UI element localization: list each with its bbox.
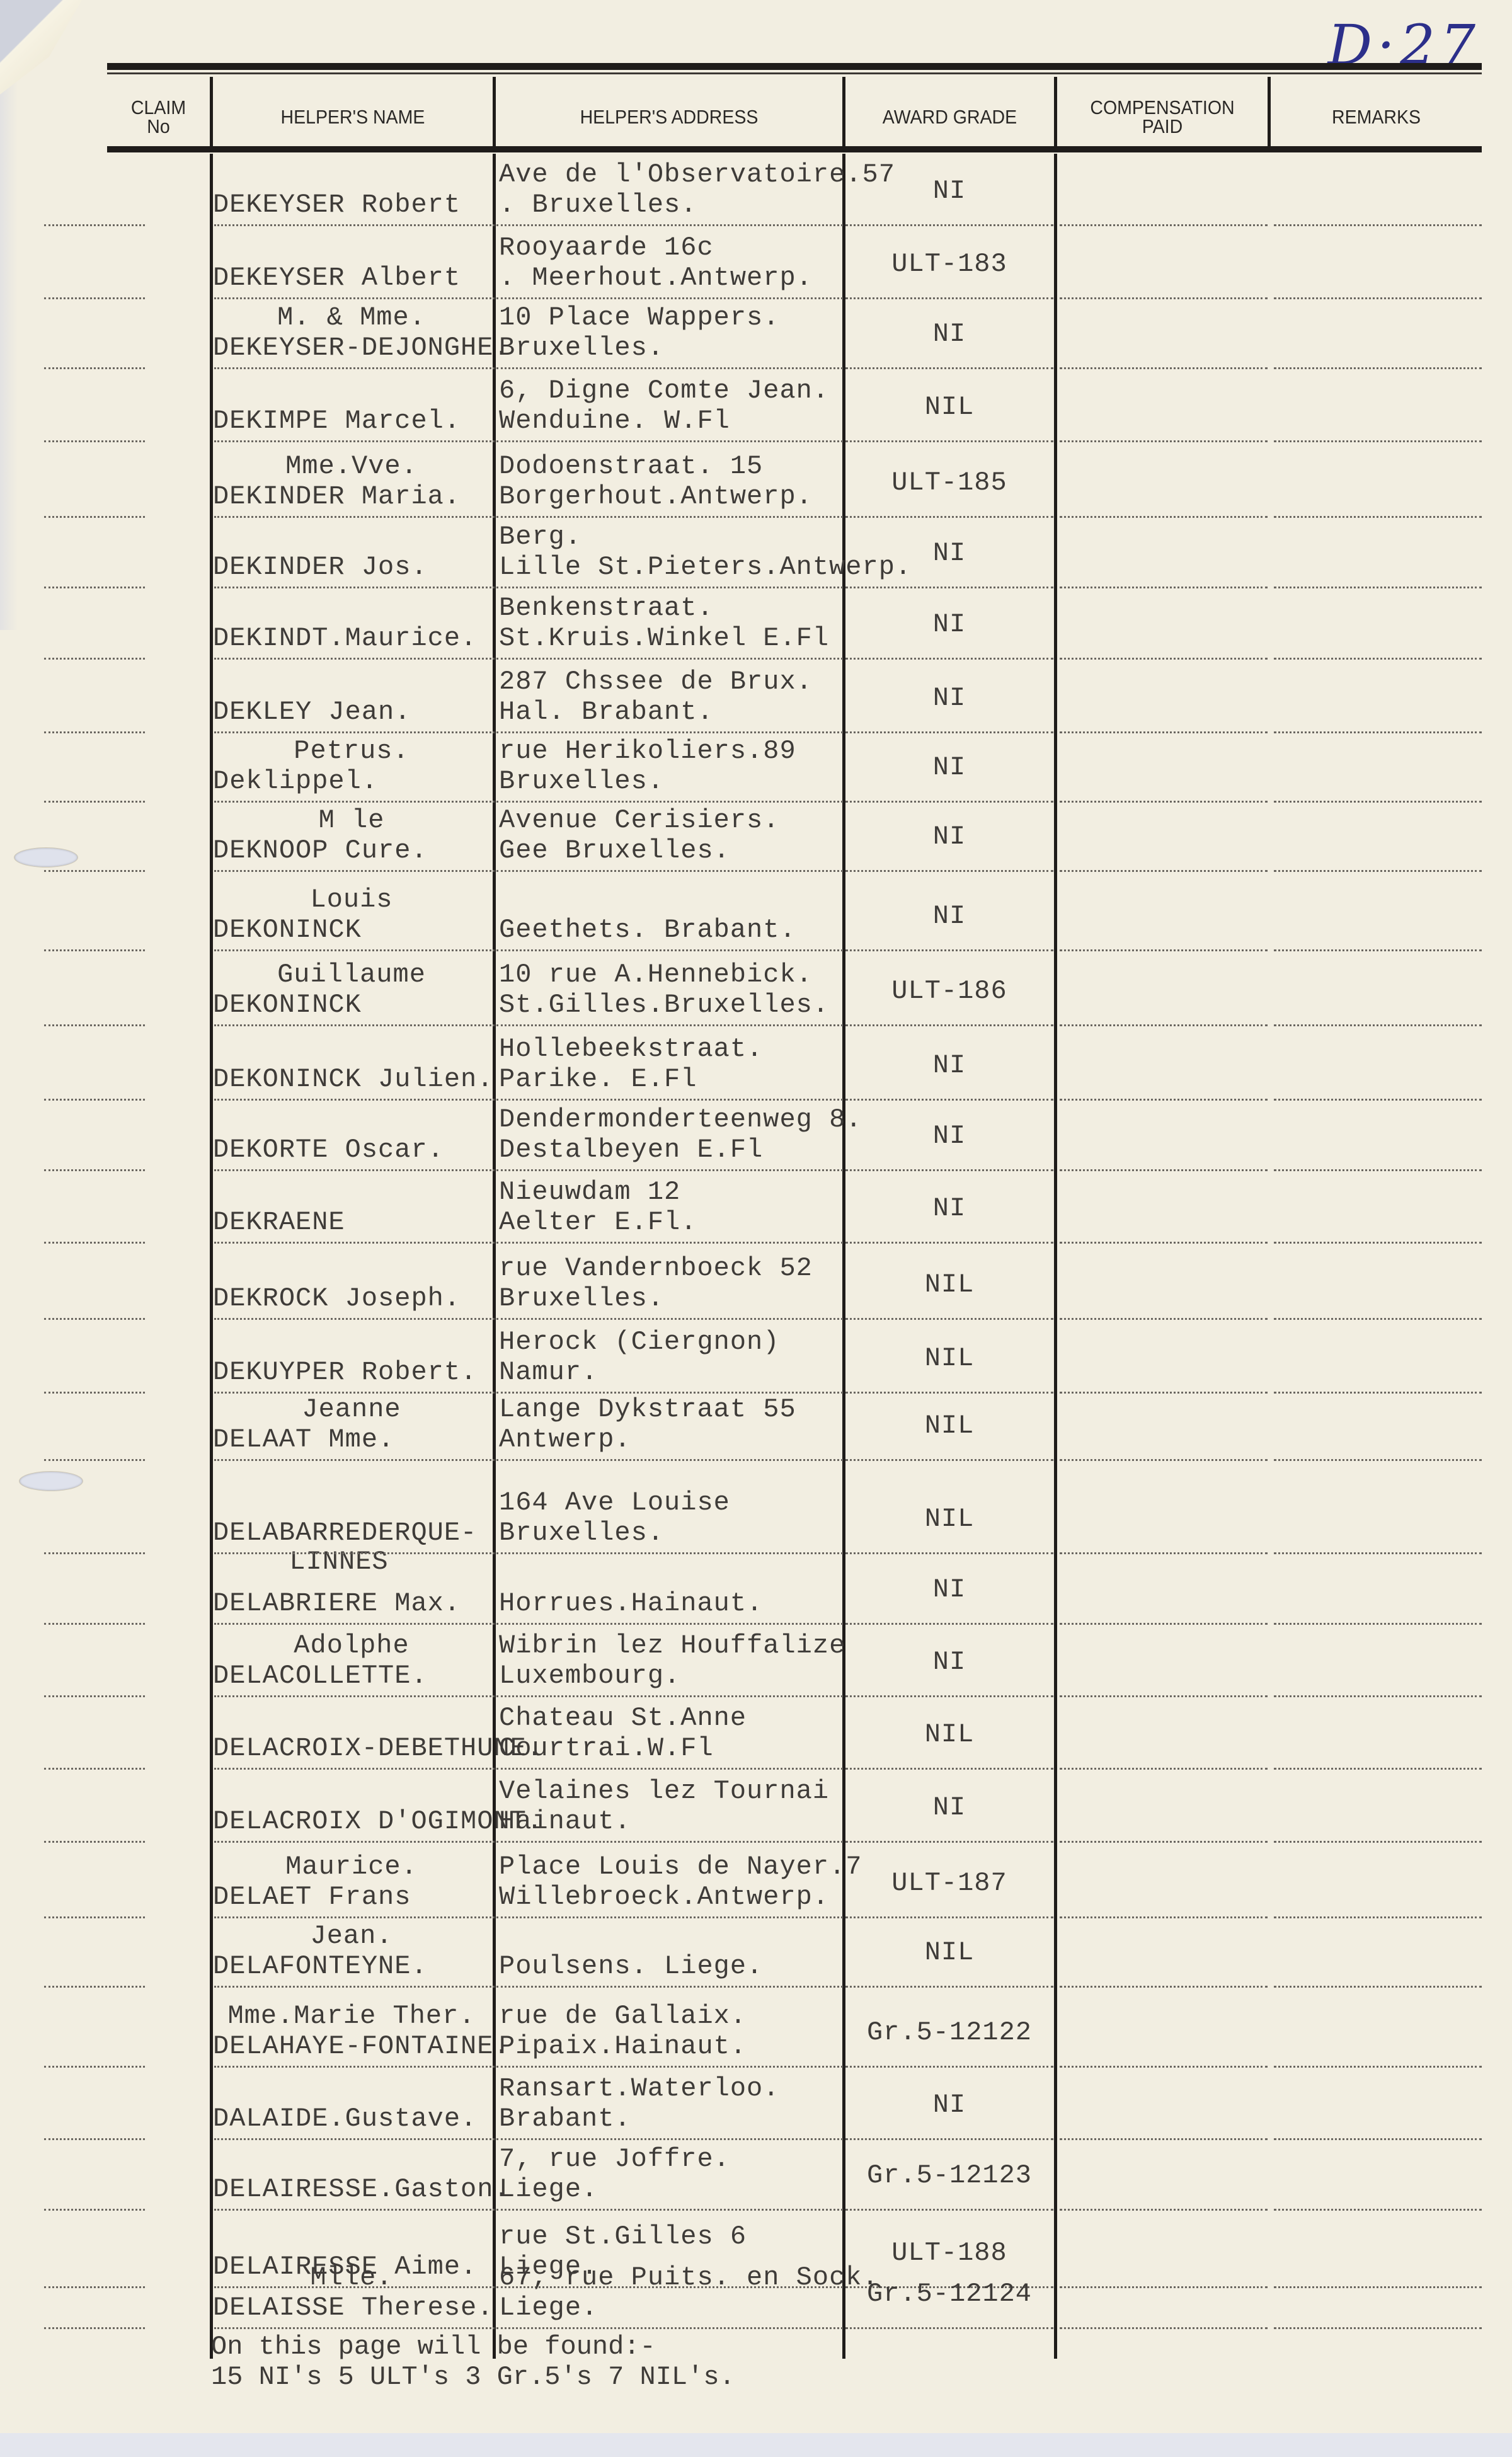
row-separator <box>496 587 843 588</box>
row-separator <box>1274 2209 1482 2211</box>
row-separator <box>214 1318 495 1320</box>
helper-name-prefix: Petrus. <box>213 735 490 767</box>
award-grade: NI <box>845 1120 1053 1152</box>
row-separator <box>1274 224 1482 226</box>
row-separator <box>1060 2138 1268 2140</box>
footer-summary-line-1: On this page will be found:- <box>211 2331 656 2362</box>
table-row: DELACROIX-DEBETHUNE.Chateau St.AnneCourt… <box>107 1699 1482 1772</box>
row-separator <box>214 1169 495 1171</box>
row-separator <box>496 801 843 803</box>
row-separator <box>496 949 843 951</box>
table-row: M leDEKNOOP Cure.Avenue Cerisiers.Gee Br… <box>107 805 1482 874</box>
helper-name: DELABARREDERQUE- <box>213 1517 477 1549</box>
row-separator <box>214 1099 495 1101</box>
helper-name-prefix: Jean. <box>213 1920 490 1952</box>
page-edge-shadow <box>0 0 18 630</box>
row-separator <box>496 1986 843 1988</box>
row-separator <box>845 1169 1053 1171</box>
award-grade: Gr.5-12123 <box>845 2160 1053 2191</box>
row-separator <box>845 1916 1053 1918</box>
helper-name: DEKONINCK Julien. <box>213 1063 493 1095</box>
row-separator <box>1274 516 1482 518</box>
helper-address-line-2: Willebroeck.Antwerp. <box>499 1881 829 1913</box>
row-separator <box>845 2327 1053 2329</box>
row-separator <box>214 367 495 369</box>
row-separator <box>845 658 1053 660</box>
helper-address-line-1: Wibrin lez Houffalize <box>499 1630 845 1661</box>
row-separator <box>496 1242 843 1244</box>
row-separator <box>496 1024 843 1026</box>
row-separator <box>1060 731 1268 733</box>
helper-address-line-1: Dodoenstraat. 15 <box>499 450 763 482</box>
row-separator <box>845 1552 1053 1554</box>
row-separator <box>845 1841 1053 1843</box>
helper-address-line-1: rue St.Gilles 6 <box>499 2221 747 2252</box>
row-separator <box>44 2209 145 2211</box>
helper-name: DEKIMPE Marcel. <box>213 405 461 437</box>
helper-address-line-1: Dendermonderteenweg 8. <box>499 1104 862 1135</box>
row-separator <box>1060 870 1268 872</box>
column-header-compensation-paid: COMPENSATION PAID <box>1065 88 1259 146</box>
row-separator <box>496 367 843 369</box>
row-separator <box>845 297 1053 299</box>
row-separator <box>1274 1318 1482 1320</box>
award-grade: ULT-186 <box>845 975 1053 1007</box>
page-corner-curl <box>0 0 82 94</box>
award-grade: NIL <box>845 1937 1053 1968</box>
header-divider <box>493 77 496 146</box>
row-separator <box>1274 1242 1482 1244</box>
helper-name-prefix: Louis <box>213 884 490 915</box>
helper-name: DEKINDER Jos. <box>213 551 428 583</box>
table-row: DEKUYPER Robert.Herock (Ciergnon)Namur.N… <box>107 1322 1482 1395</box>
table-row: DEKORTE Oscar.Dendermonderteenweg 8.Dest… <box>107 1102 1482 1173</box>
helper-name: DEKONINCK <box>213 914 362 946</box>
row-separator <box>214 516 495 518</box>
table-row: GuillaumeDEKONINCK10 rue A.Hennebick.St.… <box>107 953 1482 1028</box>
row-separator <box>845 1986 1053 1988</box>
row-separator <box>845 516 1053 518</box>
row-separator <box>1060 297 1268 299</box>
row-separator <box>1274 440 1482 442</box>
row-separator <box>1060 1695 1268 1697</box>
helper-name: DEKROCK Joseph. <box>213 1283 461 1314</box>
helper-address-line-2: Brabant. <box>499 2103 631 2134</box>
helper-address-line-1: 67, rue Puits. en Sock. <box>499 2262 879 2293</box>
row-separator <box>845 1318 1053 1320</box>
row-separator <box>214 658 495 660</box>
helper-address-line-2: Namur. <box>499 1356 598 1388</box>
row-separator <box>845 1099 1053 1101</box>
helper-address-line-2: Poulsens. Liege. <box>499 1950 763 1982</box>
row-separator <box>1060 1099 1268 1101</box>
row-separator <box>1060 2209 1268 2211</box>
row-separator <box>845 587 1053 588</box>
row-separator <box>44 870 145 872</box>
helper-address-line-2: Bruxelles. <box>499 1517 664 1549</box>
row-separator <box>1060 658 1268 660</box>
row-separator <box>214 1623 495 1625</box>
helper-address-line-2: Pipaix.Hainaut. <box>499 2030 747 2062</box>
row-separator <box>1274 1169 1482 1171</box>
table-row: Mlle.DELAISSE Therese.67, rue Puits. en … <box>107 2290 1482 2331</box>
row-separator <box>214 224 495 226</box>
award-grade: NIL <box>845 391 1053 423</box>
award-grade: ULT-185 <box>845 467 1053 498</box>
table-row: DEKEYSER RobertAve de l'Observatoire.57.… <box>107 154 1482 228</box>
row-separator <box>44 1916 145 1918</box>
helper-address-line-2: Borgerhout.Antwerp. <box>499 481 813 512</box>
column-header-helpers-name: HELPER'S NAME <box>224 88 481 146</box>
helper-name-prefix: Mme.Vve. <box>213 450 490 482</box>
helper-address-line-2: Destalbeyen E.Fl <box>499 1134 763 1165</box>
row-separator <box>44 1623 145 1625</box>
row-separator <box>1274 1099 1482 1101</box>
row-separator <box>1274 1024 1482 1026</box>
table-row: DEKONINCK Julien.Hollebeekstraat.Parike.… <box>107 1028 1482 1102</box>
header-top-rule <box>107 63 1482 70</box>
row-separator <box>1274 870 1482 872</box>
table-row: DELABARREDERQUE-LINNES164 Ave LouiseBrux… <box>107 1463 1482 1556</box>
row-separator <box>44 1986 145 1988</box>
award-grade: NI <box>845 1792 1053 1823</box>
row-separator <box>1274 1623 1482 1625</box>
table-row: DEKINDER Jos.Berg.Lille St.Pieters.Antwe… <box>107 520 1482 590</box>
table-row: DEKRAENENieuwdam 12Aelter E.Fl.NI <box>107 1173 1482 1246</box>
helper-name-prefix: Guillaume <box>213 959 490 990</box>
row-separator <box>44 1099 145 1101</box>
row-separator <box>1060 1986 1268 1988</box>
row-separator <box>44 2138 145 2140</box>
row-separator <box>44 1392 145 1394</box>
row-separator <box>496 2209 843 2211</box>
row-separator <box>1274 1841 1482 1843</box>
helper-address-line-2: Courtrai.W.Fl <box>499 1732 714 1764</box>
row-separator <box>214 1459 495 1461</box>
row-separator <box>1060 1552 1268 1554</box>
helper-name: DEKUYPER Robert. <box>213 1356 477 1388</box>
header-bottom-rule <box>107 146 1482 152</box>
helper-name: DELAET Frans <box>213 1881 411 1913</box>
helper-address-line-2: Liege. <box>499 2173 598 2205</box>
row-separator <box>44 1695 145 1697</box>
row-separator <box>845 2066 1053 2068</box>
award-grade: NIL <box>845 1719 1053 1750</box>
helper-name-prefix: Maurice. <box>213 1851 490 1882</box>
helper-address-line-1: Avenue Cerisiers. <box>499 805 779 836</box>
row-separator <box>1274 2286 1482 2288</box>
helper-name: Deklippel. <box>213 765 378 797</box>
header-thin-rule <box>107 72 1482 74</box>
row-separator <box>214 297 495 299</box>
column-header-remarks: REMARKS <box>1279 88 1473 146</box>
row-separator <box>1060 1392 1268 1394</box>
row-separator <box>214 1024 495 1026</box>
column-header-award-grade: AWARD GRADE <box>854 88 1046 146</box>
award-grade: Gr.5-12124 <box>845 2278 1053 2310</box>
row-separator <box>496 2327 843 2329</box>
award-grade: NIL <box>845 1410 1053 1441</box>
row-separator <box>1060 2327 1268 2329</box>
row-separator <box>496 1459 843 1461</box>
row-separator <box>496 1768 843 1770</box>
column-header-helpers-address: HELPER'S ADDRESS <box>510 88 828 146</box>
helper-address-line-2: Gee Bruxelles. <box>499 835 730 866</box>
row-separator <box>44 297 145 299</box>
footer-summary-line-2: 15 NI's 5 ULT's 3 Gr.5's 7 NIL's. <box>211 2361 735 2393</box>
table-row: DEKEYSER AlbertRooyaarde 16c. Meerhout.A… <box>107 228 1482 301</box>
row-separator <box>1274 801 1482 803</box>
row-separator <box>1274 1768 1482 1770</box>
row-separator <box>44 2066 145 2068</box>
row-separator <box>1060 1841 1268 1843</box>
table-row: Petrus.Deklippel.rue Herikoliers.89Bruxe… <box>107 735 1482 805</box>
row-separator <box>845 2209 1053 2211</box>
table-row: DELABRIERE Max.Horrues.Hainaut.NI <box>107 1556 1482 1627</box>
row-separator <box>496 1099 843 1101</box>
helper-address-line-1: Ave de l'Observatoire.57 <box>499 159 895 190</box>
row-separator <box>496 1841 843 1843</box>
award-grade: NI <box>845 1193 1053 1224</box>
helper-name: DEKEYSER Albert <box>213 262 461 294</box>
row-separator <box>845 440 1053 442</box>
table-row: DEKIMPE Marcel.6, Digne Comte Jean.Wendu… <box>107 371 1482 444</box>
header-divider <box>1054 77 1057 146</box>
table-row: LouisDEKONINCKGeethets. Brabant.NI <box>107 874 1482 953</box>
row-separator <box>1060 1916 1268 1918</box>
table-row: DEKROCK Joseph.rue Vandernboeck 52Bruxel… <box>107 1246 1482 1322</box>
row-separator <box>845 949 1053 951</box>
row-separator <box>1274 2066 1482 2068</box>
row-separator <box>214 587 495 588</box>
row-separator <box>44 2327 145 2329</box>
row-separator <box>1274 367 1482 369</box>
row-separator <box>496 870 843 872</box>
table-row: AdolpheDELACOLLETTE.Wibrin lez Houffaliz… <box>107 1627 1482 1699</box>
row-separator <box>845 1242 1053 1244</box>
row-separator <box>496 2066 843 2068</box>
row-separator <box>845 870 1053 872</box>
row-separator <box>1060 949 1268 951</box>
helper-address-line-1: 10 Place Wappers. <box>499 302 779 333</box>
row-separator <box>1274 949 1482 951</box>
helper-name: DELAFONTEYNE. <box>213 1950 428 1982</box>
row-separator <box>44 440 145 442</box>
row-separator <box>214 2327 495 2329</box>
helper-address-line-2: Luxembourg. <box>499 1660 680 1692</box>
helper-name: DEKNOOP Cure. <box>213 835 428 866</box>
award-grade: NIL <box>845 1269 1053 1300</box>
helper-address-line-1: Herock (Ciergnon) <box>499 1326 779 1358</box>
helper-address-line-1: Place Louis de Nayer.7 <box>499 1851 862 1882</box>
header-divider <box>842 77 845 146</box>
row-separator <box>214 2138 495 2140</box>
row-separator <box>214 731 495 733</box>
award-grade: ULT-187 <box>845 1867 1053 1899</box>
row-separator <box>1060 2066 1268 2068</box>
helper-address-line-2: Hainaut. <box>499 1806 631 1837</box>
helper-name: DEKEYSER Robert <box>213 189 461 220</box>
row-separator <box>845 731 1053 733</box>
row-separator <box>44 516 145 518</box>
helper-address-line-1: Ransart.Waterloo. <box>499 2073 779 2104</box>
row-separator <box>496 2138 843 2140</box>
award-grade: NI <box>845 318 1053 350</box>
helper-name: DELAIRESSE.Gaston. <box>213 2173 510 2205</box>
helper-name: DELACOLLETTE. <box>213 1660 428 1692</box>
helper-address-line-1: 164 Ave Louise <box>499 1487 730 1518</box>
helper-address-line-2: Bruxelles. <box>499 332 664 364</box>
row-separator <box>214 2066 495 2068</box>
award-grade: NI <box>845 682 1053 714</box>
table-row: DELACROIX D'OGIMONT.Velaines lez Tournai… <box>107 1772 1482 1845</box>
helper-name: DELAAT Mme. <box>213 1424 394 1455</box>
helper-address-line-1: Velaines lez Tournai <box>499 1775 829 1807</box>
table-row: Mme.Marie Ther.DELAHAYE-FONTAINE.rue de … <box>107 1990 1482 2070</box>
table-row: M. & Mme.DEKEYSER-DEJONGHE.10 Place Wapp… <box>107 301 1482 371</box>
helper-name: DEKONINCK <box>213 989 362 1021</box>
table-row: DELAIRESSE.Gaston.7, rue Joffre.Liege.Gr… <box>107 2142 1482 2213</box>
row-separator <box>496 1623 843 1625</box>
row-separator <box>496 1695 843 1697</box>
document-page: D·27 CLAIM No HELPER'S NAME HELPER'S ADD… <box>0 0 1512 2433</box>
helper-name: DELAHAYE-FONTAINE. <box>213 2030 510 2062</box>
helper-name-prefix: M. & Mme. <box>213 302 490 333</box>
row-separator <box>44 367 145 369</box>
helper-address-line-1: Rooyaarde 16c <box>499 232 714 263</box>
row-separator <box>44 587 145 588</box>
helper-address-line-2: Horrues.Hainaut. <box>499 1588 763 1619</box>
row-separator <box>214 1986 495 1988</box>
helper-name-prefix: M le <box>213 805 490 836</box>
helper-address-line-1: Lange Dykstraat 55 <box>499 1394 796 1425</box>
helper-address-line-2: Parike. E.Fl <box>499 1063 697 1095</box>
row-separator <box>1274 1986 1482 1988</box>
table-row: JeanneDELAAT Mme.Lange Dykstraat 55Antwe… <box>107 1395 1482 1463</box>
header-divider <box>1268 77 1271 146</box>
row-separator <box>1060 1318 1268 1320</box>
award-grade: NI <box>845 175 1053 207</box>
row-separator <box>44 1318 145 1320</box>
row-separator <box>1060 587 1268 588</box>
table-row: DALAIDE.Gustave.Ransart.Waterloo.Brabant… <box>107 2070 1482 2142</box>
row-separator <box>1060 801 1268 803</box>
row-separator <box>845 2138 1053 2140</box>
helper-address-line-1: rue Vandernboeck 52 <box>499 1252 813 1284</box>
row-separator <box>1274 731 1482 733</box>
row-separator <box>1060 440 1268 442</box>
row-separator <box>44 1552 145 1554</box>
helper-address-line-1: Berg. <box>499 521 581 553</box>
row-separator <box>496 1916 843 1918</box>
award-grade: NI <box>845 821 1053 852</box>
helper-name-prefix: Mme.Marie Ther. <box>213 2000 490 2032</box>
row-separator <box>496 297 843 299</box>
row-separator <box>214 1841 495 1843</box>
row-separator <box>1060 1623 1268 1625</box>
row-separator <box>496 224 843 226</box>
helper-name-prefix: Jeanne <box>213 1394 490 1425</box>
helper-address-line-1: rue Herikoliers.89 <box>499 735 796 767</box>
helper-address-line-2: Bruxelles. <box>499 1283 664 1314</box>
award-grade: ULT-183 <box>845 248 1053 280</box>
award-grade: NI <box>845 1574 1053 1605</box>
award-grade: NI <box>845 1646 1053 1678</box>
row-separator <box>496 440 843 442</box>
award-grade: NI <box>845 537 1053 569</box>
award-grade: Gr.5-12122 <box>845 2017 1053 2048</box>
helper-address-line-1: 6, Digne Comte Jean. <box>499 375 829 406</box>
helper-address-line-1: Nieuwdam 12 <box>499 1176 680 1208</box>
helper-name: DEKINDT.Maurice. <box>213 622 477 654</box>
helper-address-line-2: Wenduine. W.Fl <box>499 405 730 437</box>
row-separator <box>845 1695 1053 1697</box>
award-grade: NI <box>845 609 1053 640</box>
row-separator <box>845 1768 1053 1770</box>
row-separator <box>214 870 495 872</box>
row-separator <box>1060 1169 1268 1171</box>
table-row: DEKLEY Jean.287 Chssee de Brux.Hal. Brab… <box>107 661 1482 735</box>
row-separator <box>1274 587 1482 588</box>
row-separator <box>1274 1695 1482 1697</box>
row-separator <box>1274 1459 1482 1461</box>
row-separator <box>845 224 1053 226</box>
row-separator <box>845 801 1053 803</box>
row-separator <box>1274 2327 1482 2329</box>
row-separator <box>1274 1552 1482 1554</box>
row-separator <box>1274 297 1482 299</box>
helper-address-line-1: Hollebeekstraat. <box>499 1033 763 1065</box>
award-grade: NI <box>845 2089 1053 2121</box>
row-separator <box>845 1623 1053 1625</box>
header-divider <box>210 77 213 146</box>
table-row: Maurice.DELAET FransPlace Louis de Nayer… <box>107 1845 1482 1920</box>
punch-hole-icon <box>14 847 78 868</box>
column-header-claim-no: CLAIM No <box>112 88 206 146</box>
row-separator <box>44 1459 145 1461</box>
row-separator <box>1060 1242 1268 1244</box>
row-separator <box>44 1024 145 1026</box>
helper-address-line-1: 10 rue A.Hennebick. <box>499 959 813 990</box>
row-separator <box>1060 2286 1268 2288</box>
helper-address-line-2: Antwerp. <box>499 1424 631 1455</box>
row-separator <box>44 2286 145 2288</box>
row-separator <box>1060 1459 1268 1461</box>
row-separator <box>1274 1392 1482 1394</box>
helper-name: DELACROIX-DEBETHUNE. <box>213 1732 543 1764</box>
helper-address-line-1: 287 Chssee de Brux. <box>499 666 813 697</box>
row-separator <box>496 1318 843 1320</box>
row-separator <box>44 1242 145 1244</box>
row-separator <box>1274 2138 1482 2140</box>
helper-address-line-2: St.Gilles.Bruxelles. <box>499 989 829 1021</box>
row-separator <box>44 1768 145 1770</box>
row-separator <box>496 1552 843 1554</box>
helper-name: DELABRIERE Max. <box>213 1588 461 1619</box>
row-separator <box>214 1695 495 1697</box>
row-separator <box>1060 516 1268 518</box>
table-row: DEKINDT.Maurice.Benkenstraat.St.Kruis.Wi… <box>107 590 1482 661</box>
row-separator <box>214 1552 495 1554</box>
helper-address-line-2: Bruxelles. <box>499 765 664 797</box>
row-separator <box>44 949 145 951</box>
helper-address-line-1: rue de Gallaix. <box>499 2000 747 2032</box>
row-separator <box>214 1768 495 1770</box>
row-separator <box>496 731 843 733</box>
row-separator <box>1060 367 1268 369</box>
row-separator <box>1060 1024 1268 1026</box>
row-separator <box>1060 1768 1268 1770</box>
